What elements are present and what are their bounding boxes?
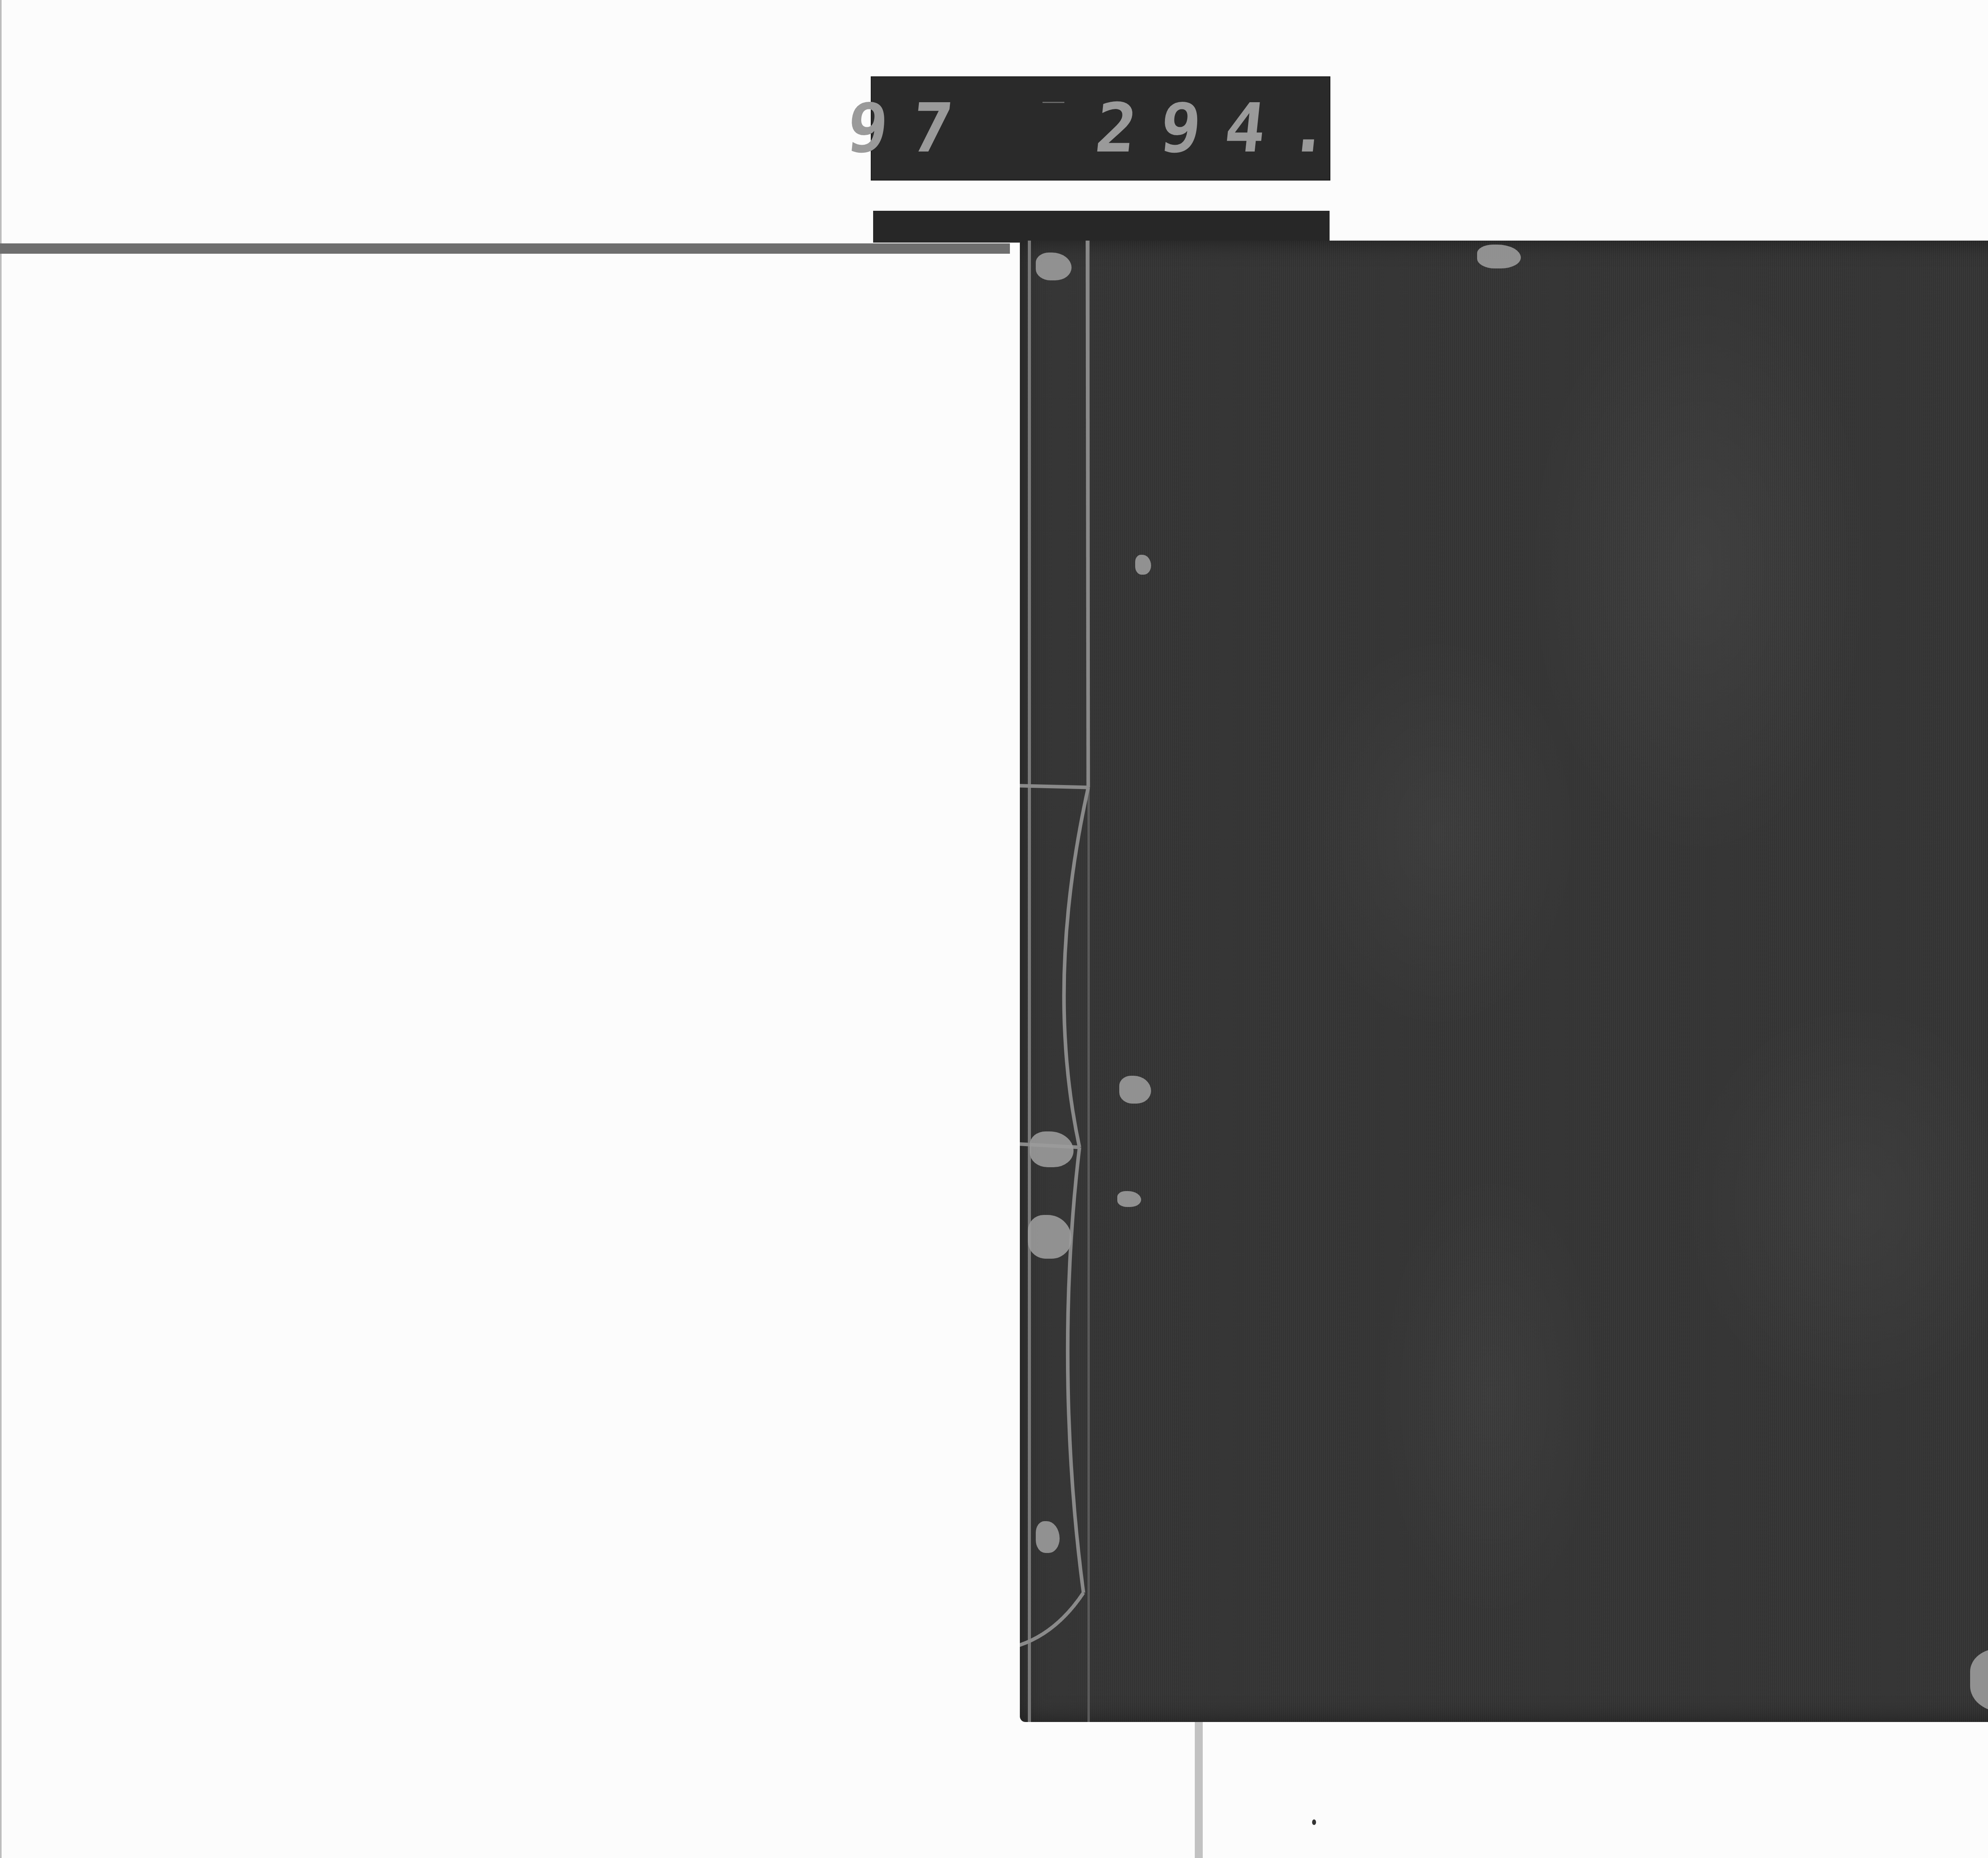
- page-tab-strip: [1195, 1722, 1203, 1858]
- speck: [1312, 1819, 1316, 1825]
- frame-counter-label: 97 294.: [871, 76, 1330, 181]
- counter-dash: [1043, 102, 1064, 103]
- counter-base-strip: [873, 211, 1330, 243]
- binding-thread-icon: [1020, 241, 1988, 1722]
- page-edge: [0, 0, 2, 1858]
- frame-number: 294.: [1091, 89, 1358, 168]
- cover-wear-spot: [1117, 1191, 1141, 1207]
- horizontal-rule: [0, 243, 1010, 254]
- reel-number: 97: [843, 89, 981, 168]
- scan-page: 97 294.: [0, 0, 1988, 1858]
- book-cover: [1020, 241, 1988, 1722]
- cover-wear-spot: [1135, 555, 1151, 575]
